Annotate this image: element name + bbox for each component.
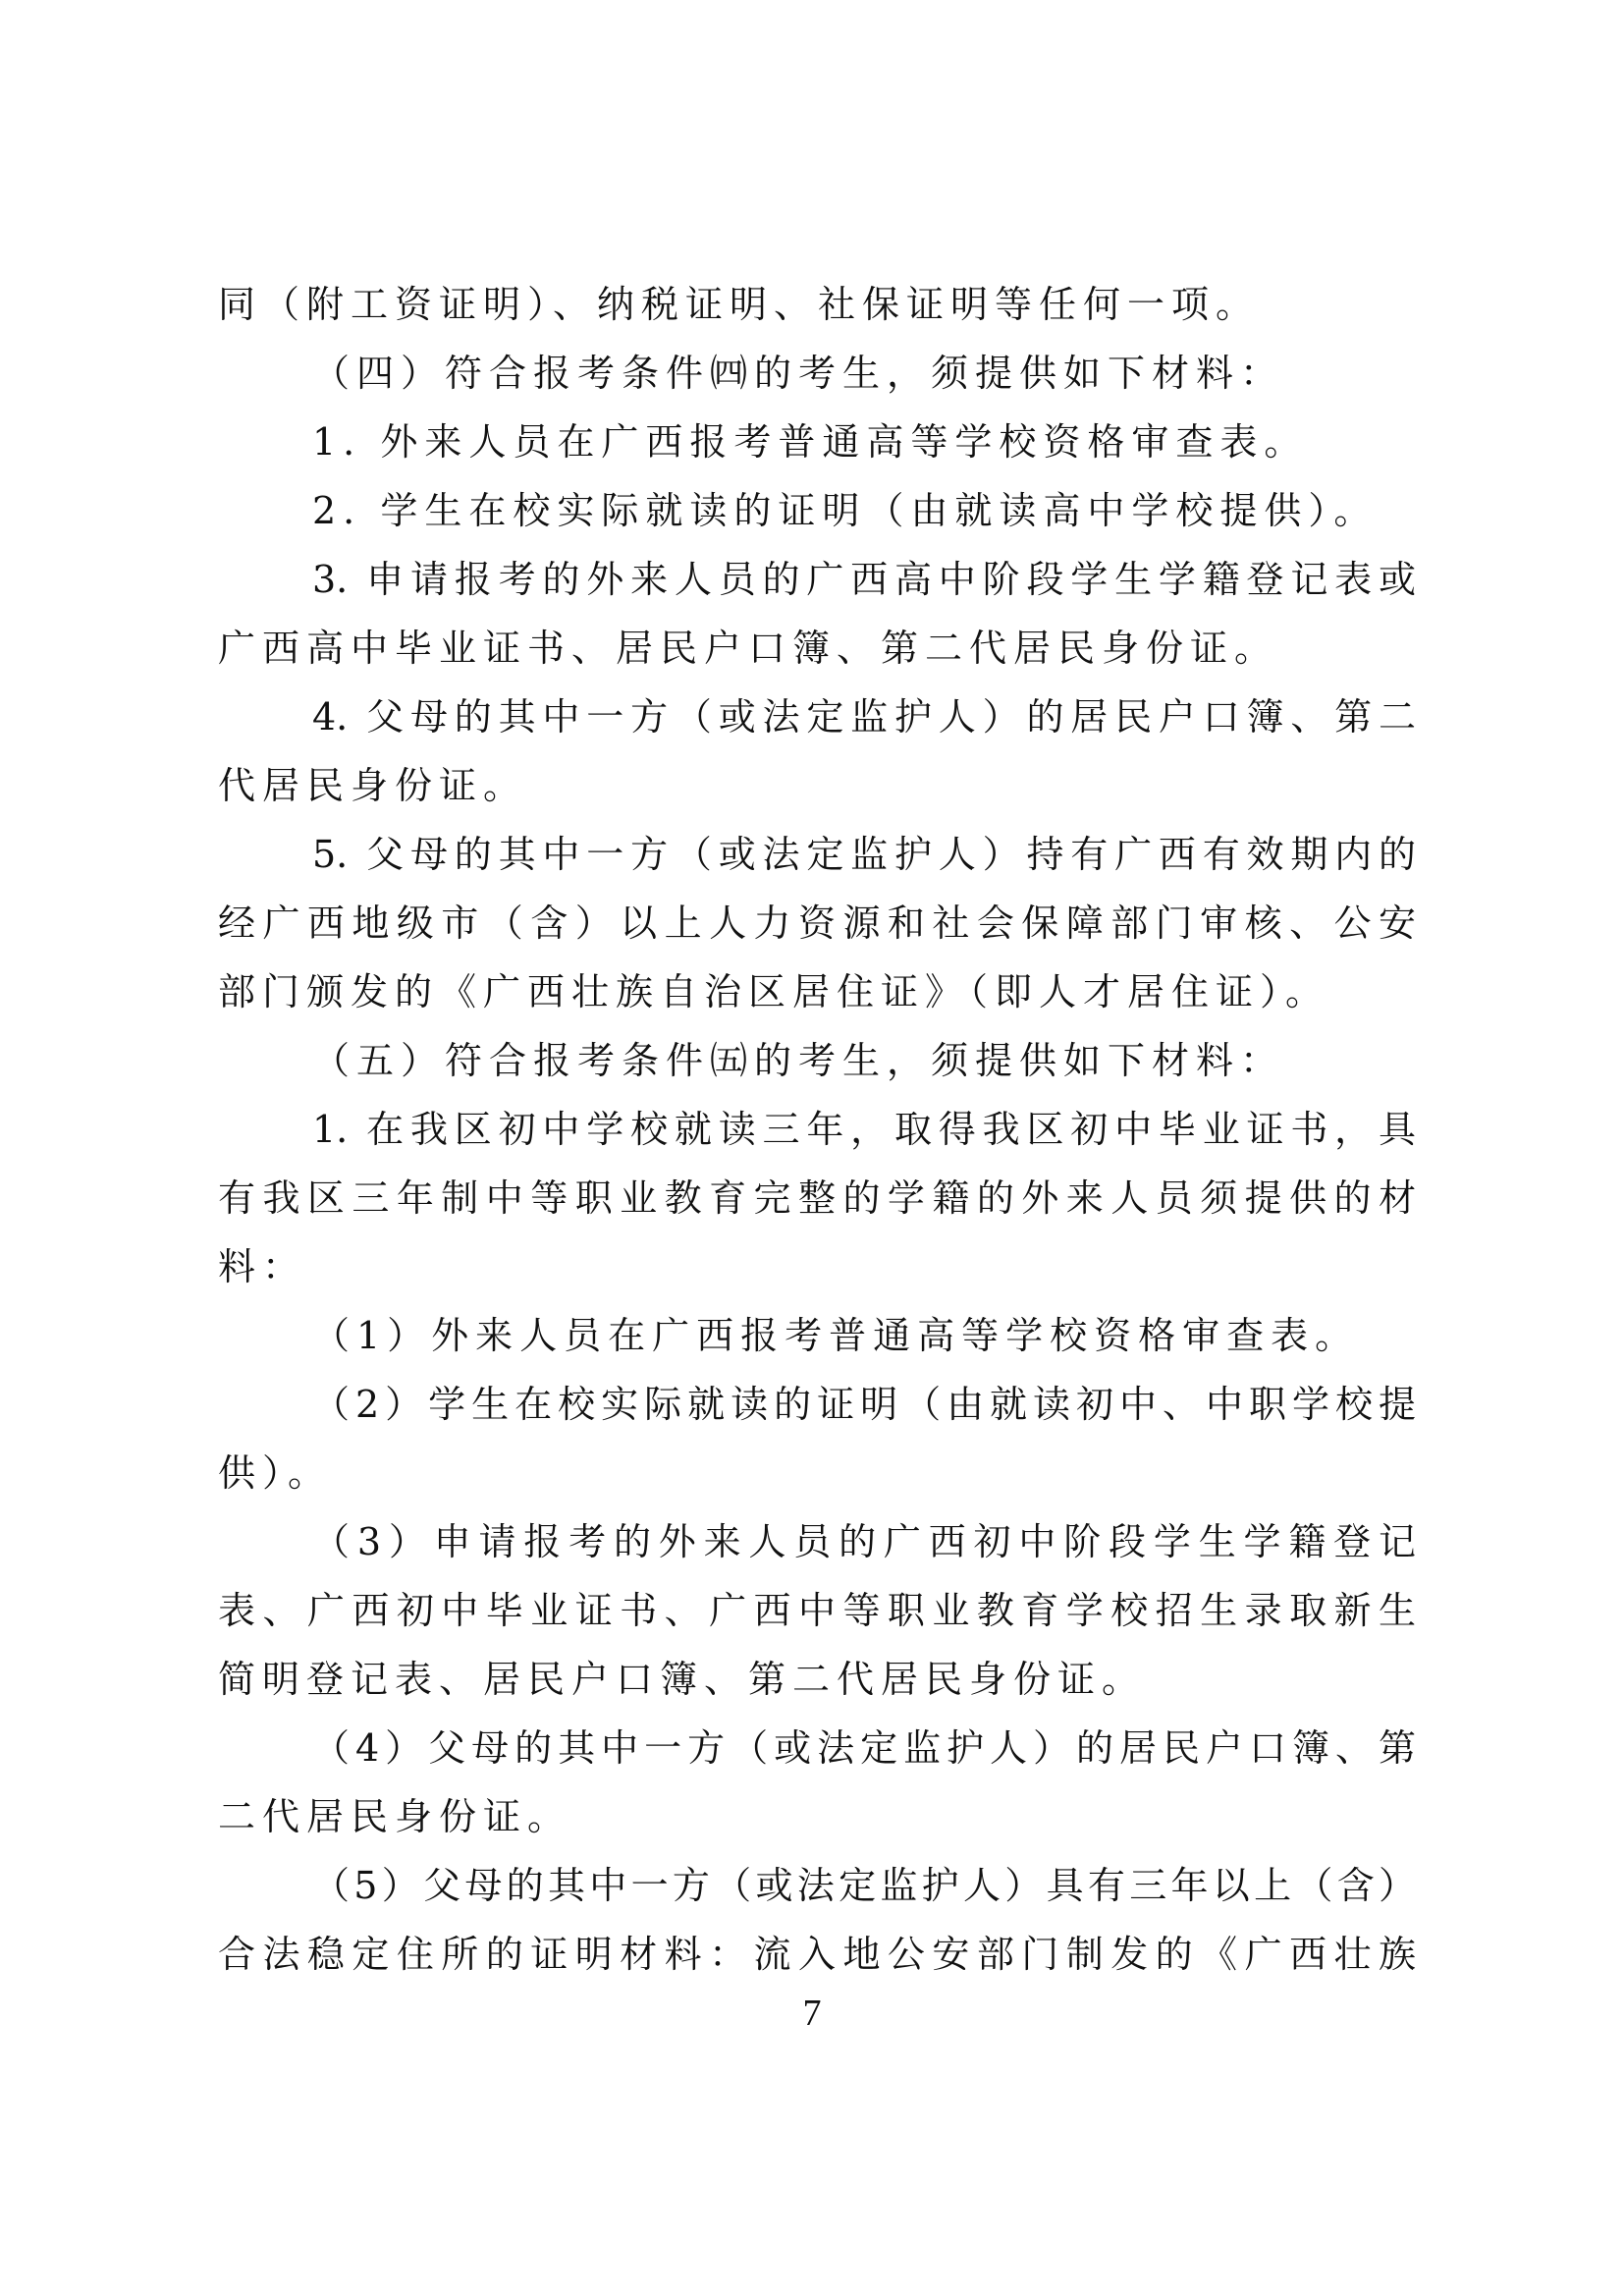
text-line: 广西高中毕业证书、居民户口簿、第二代居民身份证。 — [218, 624, 1416, 673]
text-line: 3. 申请报考的外来人员的广西高中阶段学生学籍登记表或 — [312, 555, 1416, 604]
text-line: （1）外来人员在广西报考普通高等学校资格审查表。 — [312, 1311, 1416, 1360]
text-line: 料： — [218, 1242, 1416, 1291]
text-line: 供）。 — [218, 1449, 1416, 1498]
text-line: 5. 父母的其中一方（或法定监护人）持有广西有效期内的 — [312, 830, 1416, 879]
text-line: 4. 父母的其中一方（或法定监护人）的居民户口簿、第二 — [312, 692, 1416, 741]
text-line: （四）符合报考条件㈣的考生，须提供如下材料： — [312, 349, 1416, 398]
text-line: 二代居民身份证。 — [218, 1792, 1416, 1841]
text-line: 代居民身份证。 — [218, 761, 1416, 810]
text-line: 有我区三年制中等职业教育完整的学籍的外来人员须提供的材 — [218, 1174, 1416, 1223]
text-line: 表、广西初中毕业证书、广西中等职业教育学校招生录取新生 — [218, 1586, 1416, 1635]
text-line: （5）父母的其中一方（或法定监护人）具有三年以上（含） — [312, 1861, 1416, 1910]
text-line: （2）学生在校实际就读的证明（由就读初中、中职学校提 — [312, 1380, 1416, 1429]
text-line: 1. 外来人员在广西报考普通高等学校资格审查表。 — [312, 417, 1416, 466]
text-line: 同（附工资证明）、纳税证明、社保证明等任何一项。 — [218, 280, 1416, 329]
document-page: 同（附工资证明）、纳税证明、社保证明等任何一项。（四）符合报考条件㈣的考生，须提… — [0, 0, 1624, 2296]
text-line: 2. 学生在校实际就读的证明（由就读高中学校提供）。 — [312, 486, 1416, 535]
text-line: 简明登记表、居民户口簿、第二代居民身份证。 — [218, 1655, 1416, 1704]
text-line: （4）父母的其中一方（或法定监护人）的居民户口簿、第 — [312, 1723, 1416, 1773]
text-line: 合法稳定住所的证明材料：流入地公安部门制发的《广西壮族 — [218, 1930, 1416, 1979]
text-line: 经广西地级市（含）以上人力资源和社会保障部门审核、公安 — [218, 899, 1416, 948]
text-line: （3）申请报考的外来人员的广西初中阶段学生学籍登记 — [312, 1517, 1416, 1566]
text-line: 1. 在我区初中学校就读三年，取得我区初中毕业证书，具 — [312, 1105, 1416, 1154]
text-line: 部门颁发的《广西壮族自治区居住证》（即人才居住证）。 — [218, 967, 1416, 1016]
page-number: 7 — [0, 1992, 1624, 2035]
text-line: （五）符合报考条件㈤的考生，须提供如下材料： — [312, 1036, 1416, 1085]
